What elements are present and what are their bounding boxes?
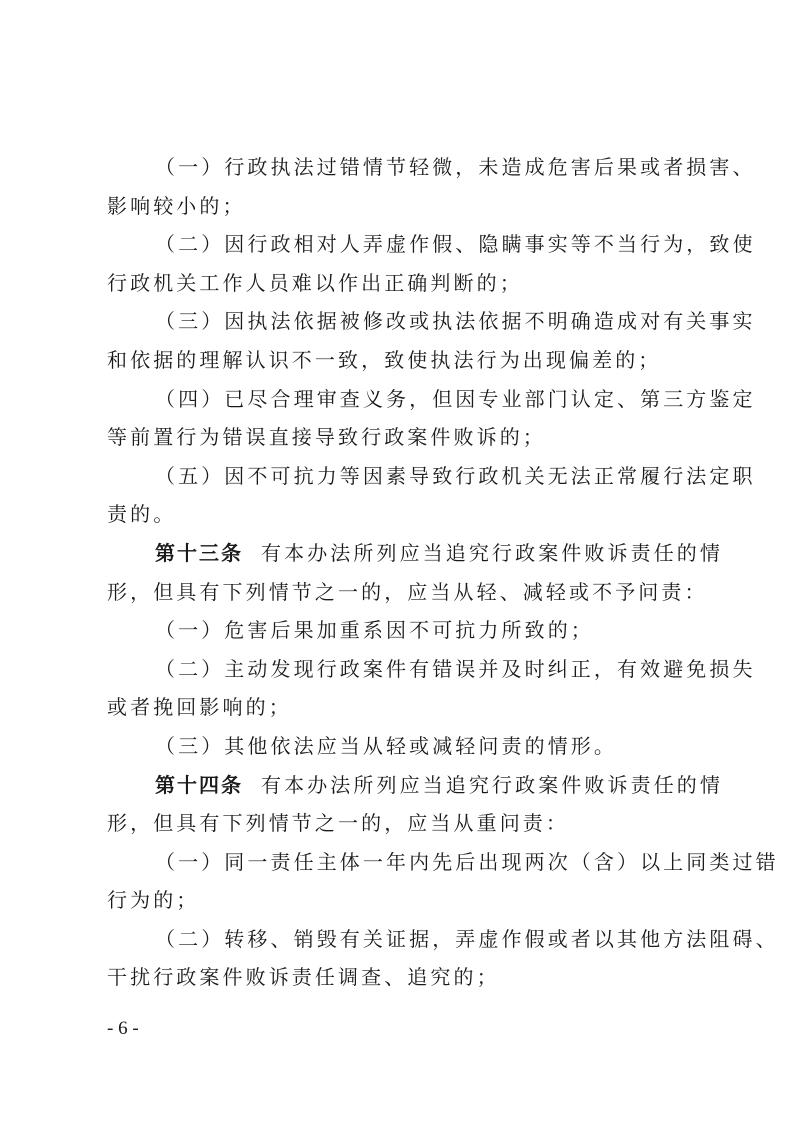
- article-number: 第十三条: [155, 541, 243, 565]
- line-text: （二）因行政相对人弄虚作假、隐瞒事实等不当行为，致使: [155, 232, 756, 256]
- text-line: 形，但具有下列情节之一的，应当从重问责：: [107, 804, 699, 843]
- line-text: （一）同一责任主体一年内先后出现两次（含）以上同类过错: [155, 850, 779, 874]
- text-line: 和依据的理解认识不一致，致使执法行为出现偏差的；: [107, 341, 699, 380]
- line-text: （一）危害后果加重系因不可抗力所致的；: [155, 618, 594, 642]
- line-text: 影响较小的；: [107, 194, 246, 218]
- text-line: 或者挽回影响的；: [107, 688, 699, 727]
- line-text: 形，但具有下列情节之一的，应当从轻、减轻或不予问责：: [107, 580, 708, 604]
- text-line: 等前置行为错误直接导致行政案件败诉的；: [107, 418, 699, 457]
- line-text: 和依据的理解认识不一致，致使执法行为出现偏差的；: [107, 348, 661, 372]
- line-text: 有本办法所列应当追究行政案件败诉责任的情: [261, 773, 723, 797]
- text-line: （四）已尽合理审查义务，但因专业部门认定、第三方鉴定: [107, 380, 699, 419]
- document-body: （一）行政执法过错情节轻微，未造成危害后果或者损害、影响较小的；（二）因行政相对…: [107, 148, 699, 997]
- text-line: 影响较小的；: [107, 187, 699, 226]
- text-line: 行政机关工作人员难以作出正确判断的；: [107, 264, 699, 303]
- text-line: （三）因执法依据被修改或执法依据不明确造成对有关事实: [107, 302, 699, 341]
- line-text: （五）因不可抗力等因素导致行政机关无法正常履行法定职: [155, 464, 756, 488]
- line-text: 责的。: [107, 502, 176, 526]
- line-text: 干扰行政案件败诉责任调查、追究的；: [107, 965, 500, 989]
- text-line: （二）因行政相对人弄虚作假、隐瞒事实等不当行为，致使: [107, 225, 699, 264]
- text-line: （一）行政执法过错情节轻微，未造成危害后果或者损害、: [107, 148, 699, 187]
- line-text: （三）其他依法应当从轻或减轻问责的情形。: [155, 734, 617, 758]
- text-line: 形，但具有下列情节之一的，应当从轻、减轻或不予问责：: [107, 573, 699, 612]
- article-line: 第十四条有本办法所列应当追究行政案件败诉责任的情: [107, 766, 699, 805]
- line-text: （一）行政执法过错情节轻微，未造成危害后果或者损害、: [155, 155, 756, 179]
- line-text: 或者挽回影响的；: [107, 695, 292, 719]
- line-text: （四）已尽合理审查义务，但因专业部门认定、第三方鉴定: [155, 387, 756, 411]
- document-page: （一）行政执法过错情节轻微，未造成危害后果或者损害、影响较小的；（二）因行政相对…: [0, 0, 793, 1122]
- article-number: 第十四条: [155, 773, 243, 797]
- text-line: （二）主动发现行政案件有错误并及时纠正，有效避免损失: [107, 650, 699, 689]
- line-text: （二）主动发现行政案件有错误并及时纠正，有效避免损失: [155, 657, 756, 681]
- line-text: 有本办法所列应当追究行政案件败诉责任的情: [261, 541, 723, 565]
- line-text: （二）转移、销毁有关证据，弄虚作假或者以其他方法阻碍、: [155, 927, 779, 951]
- article-line: 第十三条有本办法所列应当追究行政案件败诉责任的情: [107, 534, 699, 573]
- line-text: 等前置行为错误直接导致行政案件败诉的；: [107, 425, 546, 449]
- text-line: （五）因不可抗力等因素导致行政机关无法正常履行法定职: [107, 457, 699, 496]
- text-line: （二）转移、销毁有关证据，弄虚作假或者以其他方法阻碍、: [107, 920, 699, 959]
- line-text: （三）因执法依据被修改或执法依据不明确造成对有关事实: [155, 309, 756, 333]
- text-line: （一）危害后果加重系因不可抗力所致的；: [107, 611, 699, 650]
- text-line: 责的。: [107, 495, 699, 534]
- line-text: 行政机关工作人员难以作出正确判断的；: [107, 271, 523, 295]
- text-line: （一）同一责任主体一年内先后出现两次（含）以上同类过错: [107, 843, 699, 882]
- text-line: 行为的；: [107, 881, 699, 920]
- line-text: 形，但具有下列情节之一的，应当从重问责：: [107, 811, 569, 835]
- text-line: 干扰行政案件败诉责任调查、追究的；: [107, 958, 699, 997]
- line-text: 行为的；: [107, 888, 199, 912]
- text-line: （三）其他依法应当从轻或减轻问责的情形。: [107, 727, 699, 766]
- page-number: - 6 -: [107, 1018, 139, 1040]
